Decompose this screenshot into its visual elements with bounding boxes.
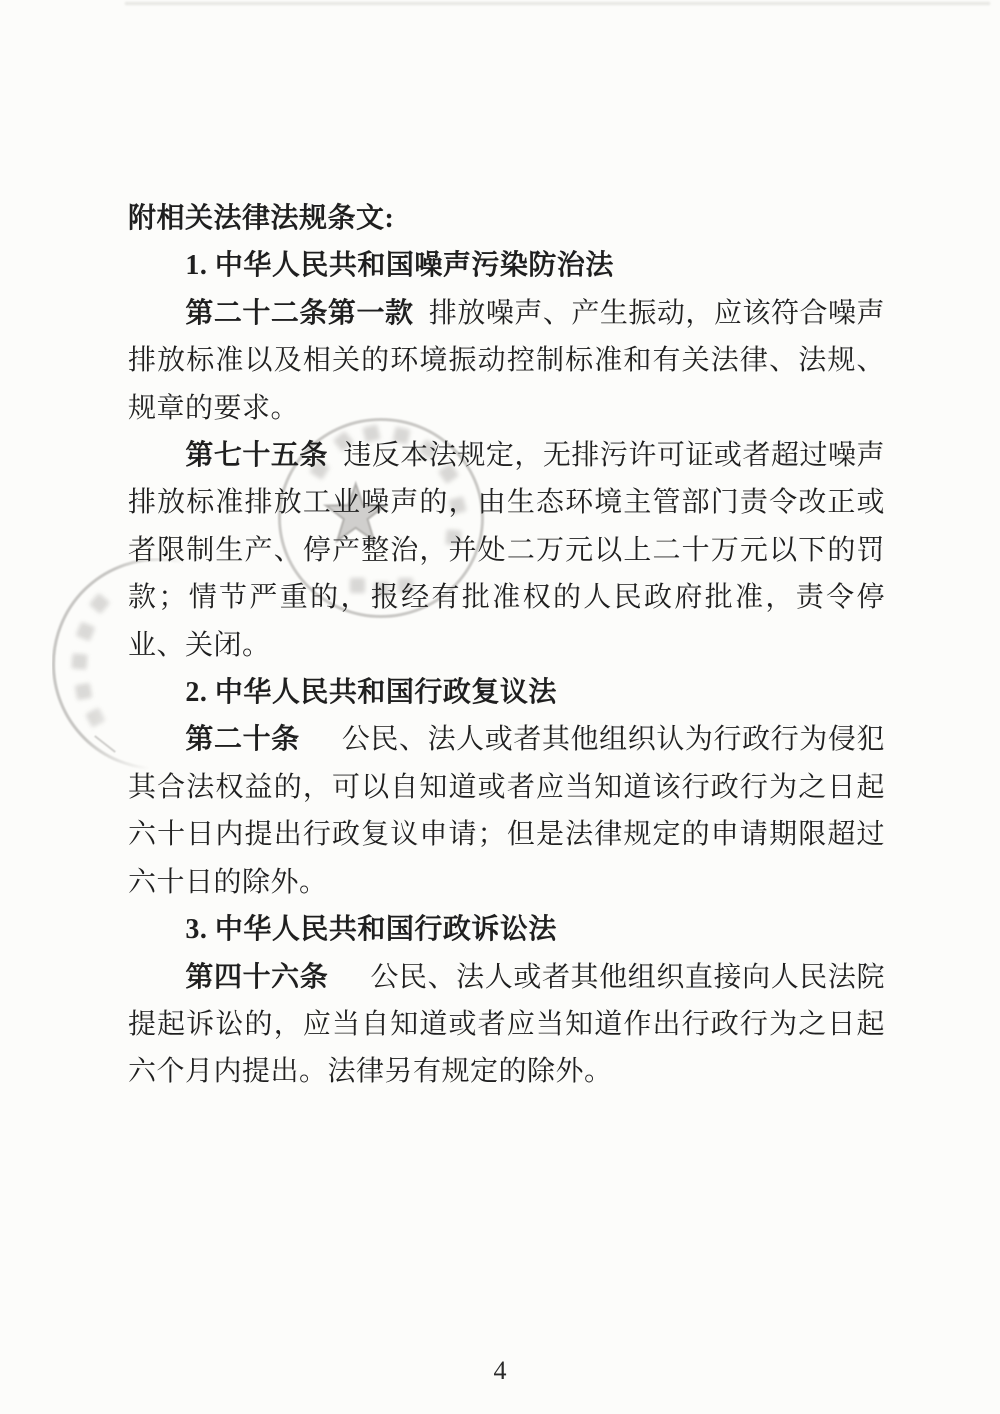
- article-label: 第四十六条: [185, 962, 328, 993]
- law-title-administrative-reconsideration: 2. 中华人民共和国行政复议法: [128, 669, 885, 716]
- page-number: 4: [0, 1356, 1000, 1386]
- article-label: 第七十五条: [185, 440, 328, 471]
- article-text: 违反本法规定，无排污许可证或者超过噪声排放标准排放工业噪声的，由生态环境主管部门…: [128, 440, 885, 661]
- article-46: 第四十六条公民、法人或者其他组织直接向人民法院提起诉讼的，应当自知道或者应当知道…: [128, 954, 885, 1096]
- document-body: 附相关法律法规条文: 1. 中华人民共和国噪声污染防治法 第二十二条第一款排放噪…: [128, 195, 885, 1096]
- article-label: 第二十二条第一款: [185, 298, 413, 329]
- article-label: 第二十条: [185, 724, 299, 755]
- seal-text-mark: [71, 653, 87, 669]
- article-20: 第二十条公民、法人或者其他组织认为行政行为侵犯其合法权益的，可以自知道或者应当知…: [128, 716, 885, 906]
- article-75: 第七十五条违反本法规定，无排污许可证或者超过噪声排放标准排放工业噪声的，由生态环…: [128, 432, 885, 669]
- attachment-heading: 附相关法律法规条文:: [128, 195, 885, 242]
- seal-text-mark: [75, 683, 92, 700]
- article-22-paragraph-1: 第二十二条第一款排放噪声、产生振动，应该符合噪声排放标准以及相关的环境振动控制标…: [128, 290, 885, 432]
- law-title-noise-pollution: 1. 中华人民共和国噪声污染防治法: [128, 242, 885, 289]
- law-title-administrative-litigation: 3. 中华人民共和国行政诉讼法: [128, 906, 885, 953]
- scanned-document-page: 附相关法律法规条文: 1. 中华人民共和国噪声污染防治法 第二十二条第一款排放噪…: [0, 0, 1000, 1414]
- scan-artifact: [125, 2, 990, 5]
